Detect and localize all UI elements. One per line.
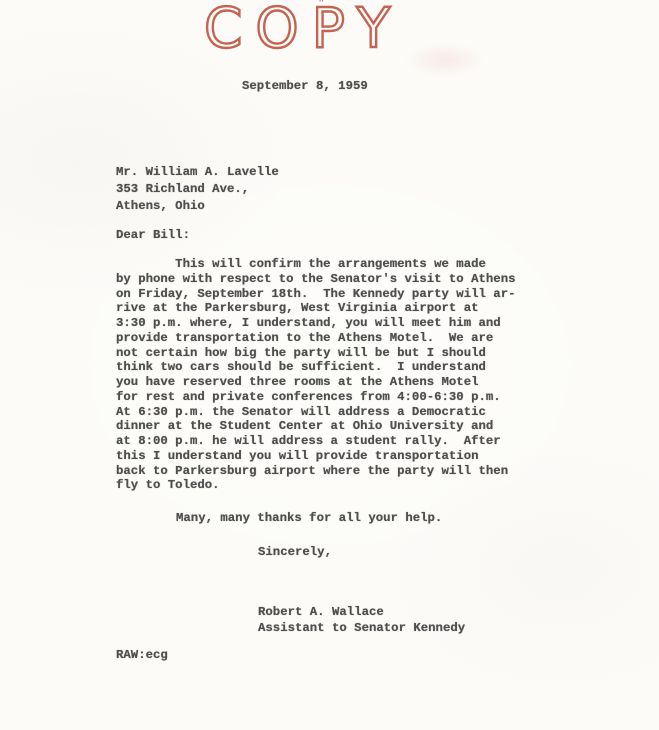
ink-smudge — [405, 42, 485, 78]
letter-body: This will confirm the arrangements we ma… — [116, 257, 516, 493]
recipient-address: Mr. William A. Lavelle 353 Richland Ave.… — [116, 164, 279, 216]
signature-block: Robert A. Wallace Assistant to Senator K… — [258, 605, 465, 636]
thanks-line: Many, many thanks for all your help. — [176, 511, 442, 525]
letter-page: COPY " September 8, 1959 Mr. William A. … — [0, 0, 659, 730]
stray-mark: " — [318, 0, 325, 10]
closing-line: Sincerely, — [258, 545, 332, 559]
copy-stamp: COPY — [204, 0, 403, 60]
typist-reference: RAW:ecg — [116, 648, 168, 662]
salutation: Dear Bill: — [116, 228, 190, 242]
letter-date: September 8, 1959 — [242, 79, 368, 93]
